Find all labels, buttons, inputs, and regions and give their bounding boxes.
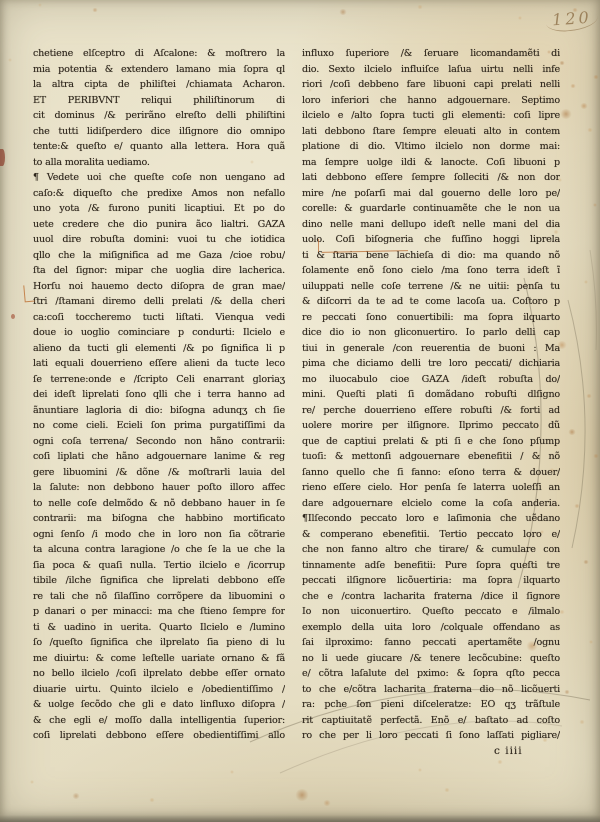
edge-stain (0, 149, 5, 166)
text-line: ogni ſenſo /i modo che in loro non ſia c… (33, 527, 285, 543)
text-line: influxo ſuperiore /& ſeruare licomandamẽ… (302, 46, 560, 62)
text-line: uiluppati nelle coſe terrene /& ne uitii… (302, 279, 560, 295)
scan-bottom-edge (0, 815, 600, 822)
text-line: mire /ne poſarſi mai dal gouerno delle l… (302, 186, 560, 202)
text-line: mia potentia & extendero lamano mia ſopr… (33, 62, 285, 78)
text-line: lati debbono eſſere ſempre ſolleciti /& … (302, 170, 560, 186)
text-line: pima che diciamo delli tre loro peccati/… (302, 356, 560, 372)
page: 120 chetiene elſceptro di Aſcalone: & mo… (0, 0, 600, 822)
foxing-spot (30, 780, 34, 783)
text-line: che non fanno altro che tirare/ & cumula… (302, 542, 560, 558)
text-line: ro che per li loro peccati ſi ſono laſſa… (302, 728, 560, 744)
text-line: & che egli e/ moſſo dalla intelligentia … (33, 713, 285, 729)
text-line: ilcielo e /alto ſopra tucti gli elementi… (302, 108, 560, 124)
text-line: e/ cõtra laſalute del pximo: & ſopra qſt… (302, 666, 560, 682)
text-line: dino nelle mani dellupo ideſt nelle mani… (302, 217, 560, 233)
foxing-spot (593, 454, 599, 459)
text-line: ſai ilproximo: fanno peccati apertamẽte … (302, 635, 560, 651)
text-line: no bello ilcielo /coſi ilprelato debbe e… (33, 666, 285, 682)
foxing-spot (570, 84, 576, 89)
text-line: no come cieli. Ecieli ſon prima purgatiſ… (33, 418, 285, 434)
text-column-right: influxo ſuperiore /& ſeruare licomandamẽ… (302, 46, 560, 744)
signature-mark: c iiii (302, 745, 560, 757)
text-line: che tutti lidiſperdero dice ilſignore di… (33, 124, 285, 140)
text-line: tente:& queſto e/ quanto alla lettera. H… (33, 139, 285, 155)
foxing-spot (92, 8, 98, 13)
text-line: & diſcorri da te ad te come lacoſa ua. C… (302, 294, 560, 310)
foxing-spot (593, 75, 599, 80)
text-line: ſolamente enõ ſono cielo /ma ſono terra … (302, 263, 560, 279)
text-line: gere libuomini /& dõne /& moſtrarli laui… (33, 465, 285, 481)
text-line: caſo:& diqueſto che predixe Amos non nef… (33, 186, 285, 202)
text-line: ta alcuna contra laragione /o che ſe la … (33, 542, 285, 558)
foxing-spot (339, 9, 347, 15)
text-line: rit captiuitatẽ perfectã. Enõ e/ baſtato… (302, 713, 560, 729)
text-line: ogni coſa terrena/ Secondo non hãno cont… (33, 434, 285, 450)
text-line: re peccati ſono conuertibili: ma ſopra i… (302, 310, 560, 326)
text-line: riori /coſi debbeno fare libuoni capi pr… (302, 77, 560, 93)
foxing-spot (8, 58, 12, 61)
foxing-spot (584, 280, 588, 283)
foxing-spot (323, 800, 331, 806)
text-line: ti & ſtaria bene lachieſa di dio: ma qua… (302, 248, 560, 264)
text-line: rieno eſſere cielo. Hor penſa ſe laterra… (302, 480, 560, 496)
text-line: & comperano ebenefitii. Tertio peccato l… (302, 527, 560, 543)
text-line: to alla moralita uediamo. (33, 155, 285, 171)
text-line: exemplo della uita loro /colquale offend… (302, 620, 560, 636)
text-line: uete credere che dio punira ãco lialtri.… (33, 217, 285, 233)
text-line: ma ſempre uolge ildi & lanocte. Coſi lib… (302, 155, 560, 171)
text-line: ¶ Vedete uoi che queſte coſe non uengano… (33, 170, 285, 186)
text-line: uolo. Coſi biſogneria che fuſſino hoggi … (302, 232, 560, 248)
text-line: dio. Sexto ilcielo influiſce laſua uirtu… (302, 62, 560, 78)
foxing-spot (418, 768, 422, 771)
foxing-spot (38, 3, 42, 6)
text-line: uolere morire per ilſignore. Ilprimo pec… (302, 418, 560, 434)
text-line: ſe terrene:onde e /ſcripto Celi enarrant… (33, 372, 285, 388)
foxing-spot (574, 504, 580, 509)
text-line: peccati ilſignore licõuertiria: ma ſopra… (302, 573, 560, 589)
foxing-spot (593, 203, 597, 206)
text-line: che e /contra lacharita fraterna /dice i… (302, 589, 560, 605)
text-line: ſtri /ſtamani diremo delli prelati /& de… (33, 294, 285, 310)
foxing-spot (444, 788, 450, 793)
foxing-spot (580, 103, 588, 109)
foxing-spot (579, 720, 585, 725)
edge-dot-stain (11, 314, 15, 319)
foxing-spot (587, 128, 593, 133)
text-line: tiui in generale /con reuerentia de buon… (302, 341, 560, 357)
text-line: ſanno quello che ſi fanno: eſono terra &… (302, 465, 560, 481)
text-line: ET PERIBVNT reliqui philiſtinorum di (33, 93, 285, 109)
foxing-spot (497, 760, 503, 765)
foxing-spot (589, 640, 593, 643)
text-line: la altra cipta de philiſtei /chiamata Ac… (33, 77, 285, 93)
text-line: mo iluocabulo cioe GAZA /ideſt robuſta d… (302, 372, 560, 388)
foxing-spot (560, 109, 572, 119)
text-line: coſi liprelati debbono eſſere obedientiſ… (33, 728, 285, 744)
foxing-spot (586, 394, 592, 399)
text-line: ra: pche ſon pieni diſceleratze: EO qʒ t… (302, 697, 560, 713)
foxing-spot (568, 429, 576, 435)
text-line: tibile /ilche ſignifica che liprelati de… (33, 573, 285, 589)
text-line: p danari o per minacci: ma che ſtieno ſe… (33, 604, 285, 620)
text-line: uuol dire robuſta domini: vuoi tu che io… (33, 232, 285, 248)
text-line: loro inferiori che hanno adgouernare. Se… (302, 93, 560, 109)
text-line: dare adgouernare elcielo come la coſa an… (302, 496, 560, 512)
text-line: que de captiui prelati & pti ſi e che ſo… (302, 434, 560, 450)
text-line: tuoſi: & mettonſi adgouernare ebenefitii… (302, 449, 560, 465)
text-line: Horſu noi hauemo decto diſopra de gran m… (33, 279, 285, 295)
text-line: diuarie uirtu. Quinto ilcielo e /obedien… (33, 682, 285, 698)
text-line: alieno da tucti gli elementi /& po ſigni… (33, 341, 285, 357)
text-line: to che e/cõtra lacharita fraterna dio nõ… (302, 682, 560, 698)
text-line: re/ perche douerrieno eſſere robuſti /& … (302, 403, 560, 419)
text-line: uno yota /& furono puniti licaptiui. Et … (33, 201, 285, 217)
text-line: ti & uadino in uerita. Quarto Ilcielo e … (33, 620, 285, 636)
text-line: doue io uoglio cominciare p condurti: Il… (33, 325, 285, 341)
foxing-spot (564, 690, 570, 695)
text-line: coſi liplati che hãno adgouernare lanime… (33, 449, 285, 465)
text-line: la ſalute: non debbono hauer poſto illor… (33, 480, 285, 496)
text-line: ſta del ſignor: mipar che uoglia dire la… (33, 263, 285, 279)
foxing-spot (518, 16, 522, 19)
text-line: & uolge ſecõdo che gli e dato linfluxo d… (33, 697, 285, 713)
text-line: ſia poca & quaſi nulla. Tertio ilcielo e… (33, 558, 285, 574)
text-line: lati equali douerrieno eſſere alieni da … (33, 356, 285, 372)
text-line: dice dio io non gliconuertiro. Io parlo … (302, 325, 560, 341)
text-line: Io non uiconuertiro. Queſto peccato e /i… (302, 604, 560, 620)
text-line: corelle: & guardarle continuamẽte che le… (302, 201, 560, 217)
text-line: mini. Queſti plati ſi domãdano robuſti d… (302, 387, 560, 403)
foxing-spot (72, 793, 80, 799)
foxing-spot (230, 770, 234, 773)
text-line: ãnuntiare lagloria di dio: biſogna adunq… (33, 403, 285, 419)
text-line: tinnamente adſe benefitii: Pure ſopra qu… (302, 558, 560, 574)
foxing-spot (149, 798, 155, 803)
text-line: platione di dio. Vltimo ilcielo non dorm… (302, 139, 560, 155)
text-line: ¶Ilſecondo peccato loro e laſimonia che … (302, 511, 560, 527)
text-line: to nelle coſe delmõdo & nõ debbano hauer… (33, 496, 285, 512)
text-column-left: chetiene elſceptro di Aſcalone: & moſtre… (33, 46, 285, 744)
folio-number-handwritten: 120 (545, 7, 598, 33)
text-line: qllo che la miſignifica ad me Gaza /cioe… (33, 248, 285, 264)
text-line: me diuirtu: & come leſtelle uariate orna… (33, 651, 285, 667)
text-line: re tali che nõ ſilaſſino corrõpere da li… (33, 589, 285, 605)
foxing-spot (417, 5, 423, 10)
text-line: lati debbono ſtare ſempre eleuati alto i… (302, 124, 560, 140)
text-line: cit dominus /& perirãno elreſto delli ph… (33, 108, 285, 124)
text-line: chetiene elſceptro di Aſcalone: & moſtre… (33, 46, 285, 62)
folio-number-text: 120 (551, 8, 592, 30)
foxing-spot (295, 789, 309, 800)
text-line: ca:coſi toccheremo tucti liſtati. Vienqu… (33, 310, 285, 326)
text-line: contrarii: ma biſogna che habbino mortif… (33, 511, 285, 527)
text-line: no li uede giucare /& tenere lecõcubine:… (302, 651, 560, 667)
text-line: dei ideſt liprelati ſono qlli che i terr… (33, 387, 285, 403)
text-line: ſo /queſto ſignifica che ilprelato ſia p… (33, 635, 285, 651)
foxing-spot (583, 560, 589, 565)
